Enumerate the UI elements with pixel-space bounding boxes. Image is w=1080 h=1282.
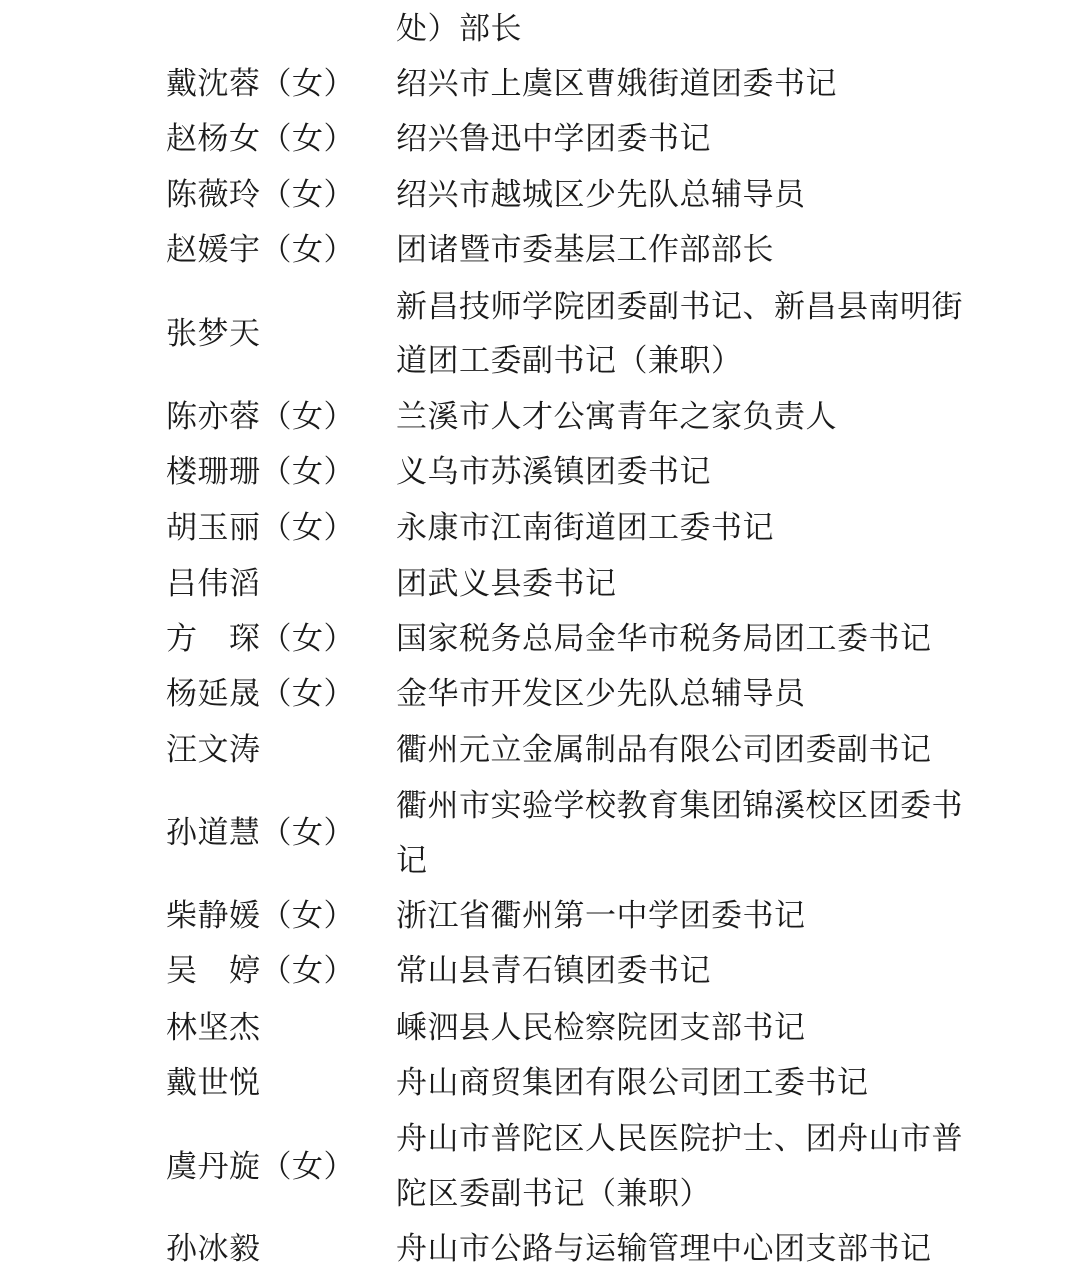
entry-position: 舟山市普陀区人民医院护士、团舟山市普 <box>396 1119 963 1159</box>
entry-position: 新昌技师学院团委副书记、新昌县南明街 <box>396 287 963 327</box>
entry-name: 赵媛宇（女） <box>166 230 355 270</box>
entry-name: 虞丹旋（女） <box>166 1147 355 1187</box>
entry-name: 方 琛（女） <box>166 619 355 659</box>
entry-position: 绍兴鲁迅中学团委书记 <box>396 119 711 159</box>
entry-position: 义乌市苏溪镇团委书记 <box>396 452 711 492</box>
entry-position-continued: 陀区委副书记（兼职） <box>396 1174 711 1214</box>
entry-position: 团诸暨市委基层工作部部长 <box>396 230 774 270</box>
entry-position: 舟山商贸集团有限公司团工委书记 <box>396 1063 869 1103</box>
entry-name: 孙道慧（女） <box>166 813 355 853</box>
continuation-line: 处）部长 <box>396 9 522 49</box>
entry-name: 汪文涛 <box>166 730 261 770</box>
entry-position: 衢州市实验学校教育集团锦溪校区团委书 <box>396 786 963 826</box>
entry-name: 赵杨女（女） <box>166 119 355 159</box>
entry-position: 绍兴市越城区少先队总辅导员 <box>396 175 806 215</box>
entry-position: 永康市江南街道团工委书记 <box>396 508 774 548</box>
entry-name: 楼珊珊（女） <box>166 452 355 492</box>
entry-name: 吕伟滔 <box>166 564 261 604</box>
entry-name: 林坚杰 <box>166 1008 261 1048</box>
entry-name: 戴世悦 <box>166 1063 261 1103</box>
entry-position: 常山县青石镇团委书记 <box>396 951 711 991</box>
entry-position: 团武义县委书记 <box>396 564 617 604</box>
entry-name: 胡玉丽（女） <box>166 508 355 548</box>
entry-name: 吴 婷（女） <box>166 951 355 991</box>
entry-position: 嵊泗县人民检察院团支部书记 <box>396 1008 806 1048</box>
entry-name: 杨延晟（女） <box>166 674 355 714</box>
entry-position: 衢州元立金属制品有限公司团委副书记 <box>396 730 932 770</box>
entry-name: 张梦天 <box>166 314 261 354</box>
entry-position: 舟山市公路与运输管理中心团支部书记 <box>396 1229 932 1269</box>
entry-name: 孙冰毅 <box>166 1229 261 1269</box>
entry-position-continued: 记 <box>396 841 428 881</box>
entry-position: 金华市开发区少先队总辅导员 <box>396 674 806 714</box>
entry-name: 柴静媛（女） <box>166 896 355 936</box>
document-page: 处）部长 戴沈蓉（女） 绍兴市上虞区曹娥街道团委书记 赵杨女（女） 绍兴鲁迅中学… <box>0 0 1080 1282</box>
entry-position: 绍兴市上虞区曹娥街道团委书记 <box>396 64 837 104</box>
entry-position: 浙江省衢州第一中学团委书记 <box>396 896 806 936</box>
entry-position: 国家税务总局金华市税务局团工委书记 <box>396 619 932 659</box>
entry-name: 陈亦蓉（女） <box>166 397 355 437</box>
entry-position: 兰溪市人才公寓青年之家负责人 <box>396 397 837 437</box>
entry-position-continued: 道团工委副书记（兼职） <box>396 341 743 381</box>
entry-name: 戴沈蓉（女） <box>166 64 355 104</box>
entry-name: 陈薇玲（女） <box>166 175 355 215</box>
